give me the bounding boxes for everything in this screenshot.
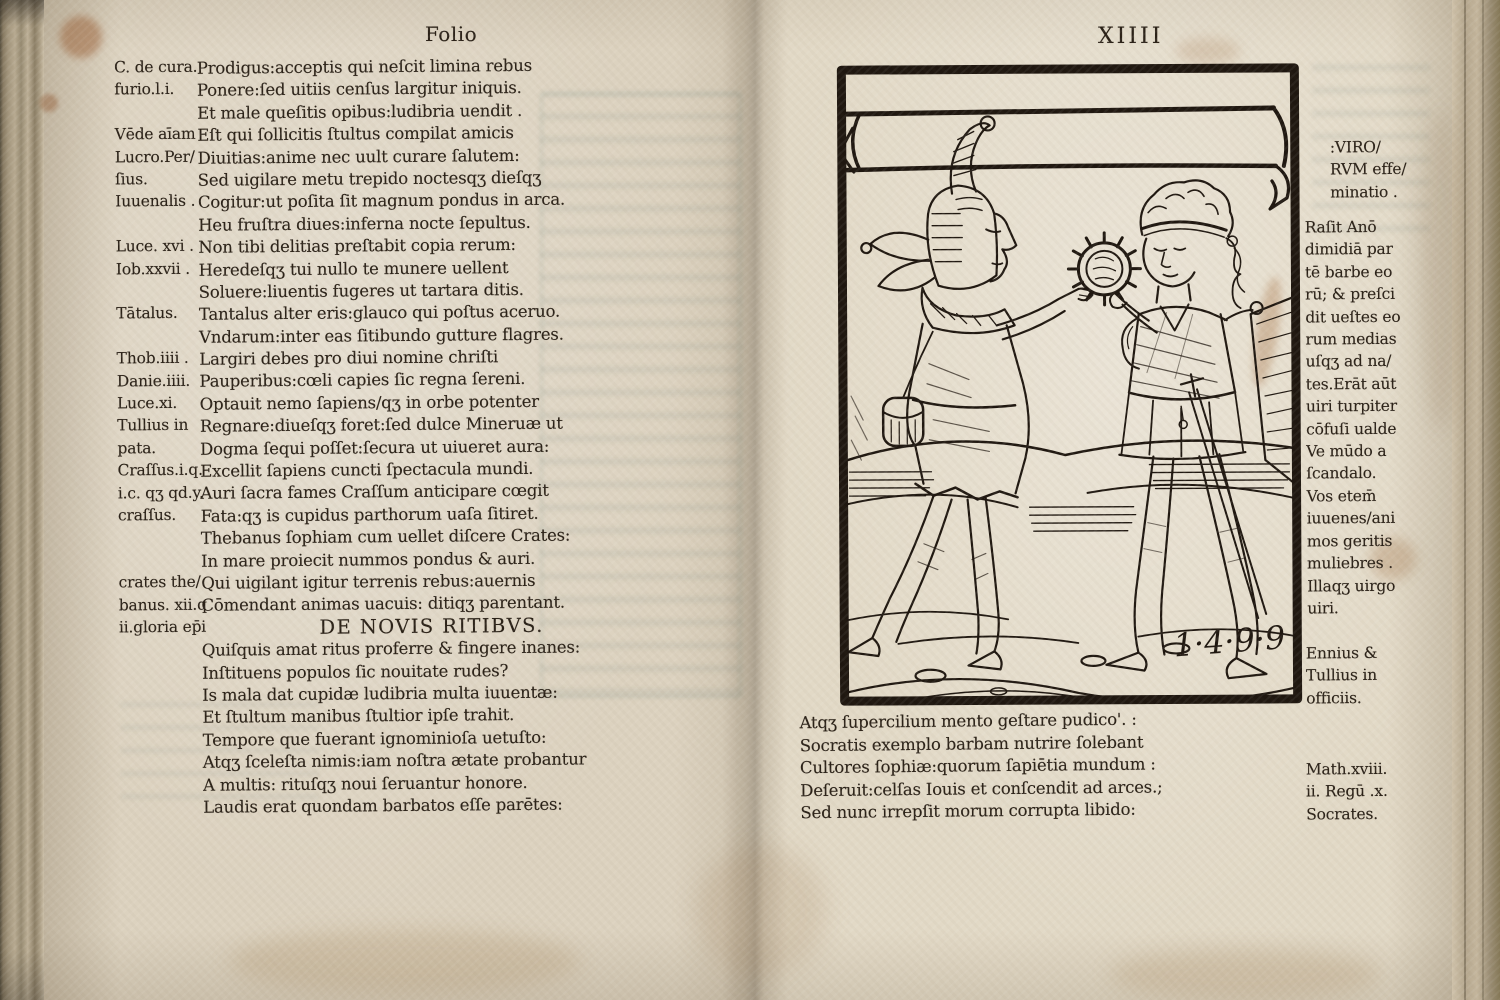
margin-note: Vos etem̄ — [1306, 484, 1436, 507]
margin-note: Math.xviii. — [1306, 758, 1436, 781]
margin-note: iuuenes/ani — [1307, 507, 1437, 530]
margin-note: rū; & preſci — [1305, 283, 1435, 306]
margin-note: tes.Erāt aūt — [1306, 372, 1436, 395]
margin-note: dit ueſtes eo — [1305, 305, 1435, 328]
margin-note: crates the/ — [118, 571, 200, 594]
verse-line: Auri ſacra fames Craſſum anticipare cœgi… — [200, 480, 605, 506]
margin-note: :VIRO/ — [1330, 136, 1460, 159]
margin-note: Iob.xxvii . — [116, 257, 190, 280]
margin-note: Craſſus.i.q. — [118, 459, 203, 482]
woodcut-svg: 1·4·9·9 — [835, 62, 1303, 707]
margin-note: Tullius in — [1306, 664, 1436, 687]
verse-line: Dogma ſequi poſſet:ſecura ut uiueret aur… — [200, 435, 605, 461]
gutter-shadow — [722, 0, 788, 1000]
margin-note: rum medias — [1305, 328, 1435, 351]
margin-note: craſſus. — [118, 504, 176, 527]
margin-note: cōfuſi ualde — [1306, 417, 1436, 440]
fool-figure — [846, 116, 1095, 670]
margin-note: Ve mūdo a — [1306, 440, 1436, 463]
verse-line: Vndarum:inter eas ſitibundo gutture flag… — [199, 323, 604, 349]
verse-line: Cōmendant animas uacuis: ditiqʒ parentan… — [201, 592, 606, 618]
margin-note: uſqʒ ad na/ — [1306, 350, 1436, 373]
margin-note: Danie.iiii. — [117, 369, 190, 392]
margin-note: Ennius & — [1306, 642, 1436, 665]
margin-note: uiri turpiter — [1306, 395, 1436, 418]
gloss-note: Raſit Anōdimidiā partē barbe eorū; & pre… — [1305, 216, 1438, 620]
verse-line: Laudis erat quondam barbatos eſſe parēte… — [203, 793, 608, 819]
verse-line: Tantalus alter eris:glauco qui poſtus ac… — [199, 301, 604, 327]
folio-header: Folio — [425, 22, 477, 46]
source-citation-note: Ennius &Tullius inofficiis. — [1306, 642, 1436, 710]
margin-note: C. de cura. — [114, 56, 197, 79]
banner-scroll — [840, 108, 1289, 211]
verse-line: Quiſquis amat ritus proferre & fingere i… — [202, 636, 607, 662]
book-scan: Folio C. de cura.furio.l.i.Vēde aīamLucr… — [0, 0, 1500, 1000]
margin-note: RVM effe/ — [1330, 158, 1460, 181]
verse-line: Thebanus ſophiam cum uellet diſcere Crat… — [201, 524, 606, 550]
margin-note: i.c. qʒ qd.y. — [118, 481, 204, 504]
margin-note: Tātalus. — [116, 302, 177, 325]
young-man-figure — [1104, 180, 1299, 679]
margin-note: ii. Regū .x. — [1306, 780, 1436, 803]
margin-note: Socrates. — [1306, 802, 1436, 825]
margin-note: mos geritis — [1307, 529, 1437, 552]
caption-line: Sed nunc irrepſit morum corrupta libido: — [800, 798, 1220, 825]
verse-line: Cogitur:ut poſita ſit magnum pondus in a… — [198, 189, 603, 215]
chapter-title-note: :VIRO/RVM effe/minatio . — [1330, 136, 1460, 204]
margin-note: Vēde aīam — [115, 123, 196, 146]
margin-note: ſius. — [115, 168, 148, 191]
margin-note: dimidiā par — [1305, 238, 1435, 261]
margin-note: minatio . — [1330, 180, 1460, 203]
margin-note: Illaqʒ uirgo — [1307, 574, 1437, 597]
verse-line: Regnare:diueſqʒ foret:ſed dulce Mineruæ … — [200, 412, 605, 438]
margin-note: Raſit Anō — [1305, 216, 1435, 239]
margin-note: tē barbe eo — [1305, 260, 1435, 283]
woodcut-illustration: 1·4·9·9 — [835, 62, 1303, 707]
margin-note: muliebres . — [1307, 552, 1437, 575]
margin-note: ſcandalo. — [1306, 462, 1436, 485]
margin-note: pata. — [117, 437, 156, 460]
margin-note: Tullius in — [117, 414, 188, 437]
margin-note: Luce.xi. — [117, 392, 177, 415]
caption-column: Atqʒ ſupercilium mento geſtare pudico'. … — [799, 708, 1220, 825]
margin-note: uiri. — [1307, 596, 1437, 619]
margin-note: Iuuenalis . — [115, 190, 195, 213]
page-number: XIIII — [1098, 24, 1163, 49]
margin-note: Luce. xvi . — [116, 235, 194, 258]
reference-citation-note: Math.xviii.ii. Regū .x.Socrates. — [1306, 758, 1436, 826]
date-inscription: 1·4·9·9 — [1172, 618, 1286, 664]
margin-note: banus. xii.q — [119, 593, 207, 616]
page-edges-left — [0, 0, 44, 1000]
margin-note: furio.l.i. — [114, 78, 174, 101]
verse-line: Is mala dat cupidæ ludibria multa iuuent… — [202, 681, 607, 707]
mirror-icon — [1068, 233, 1140, 305]
verse-line: Atqʒ ſceleſta nimis:iam noſtra ætate pro… — [203, 748, 608, 774]
margin-note: officiis. — [1306, 686, 1436, 709]
margin-note: Thob.iiii . — [117, 347, 189, 370]
margin-note: Lucro.Per/ — [115, 145, 195, 168]
verse-column: Prodigus:acceptis qui neſcit limina rebu… — [197, 54, 609, 819]
margin-note: ii.gloria ep̄i — [119, 616, 206, 639]
